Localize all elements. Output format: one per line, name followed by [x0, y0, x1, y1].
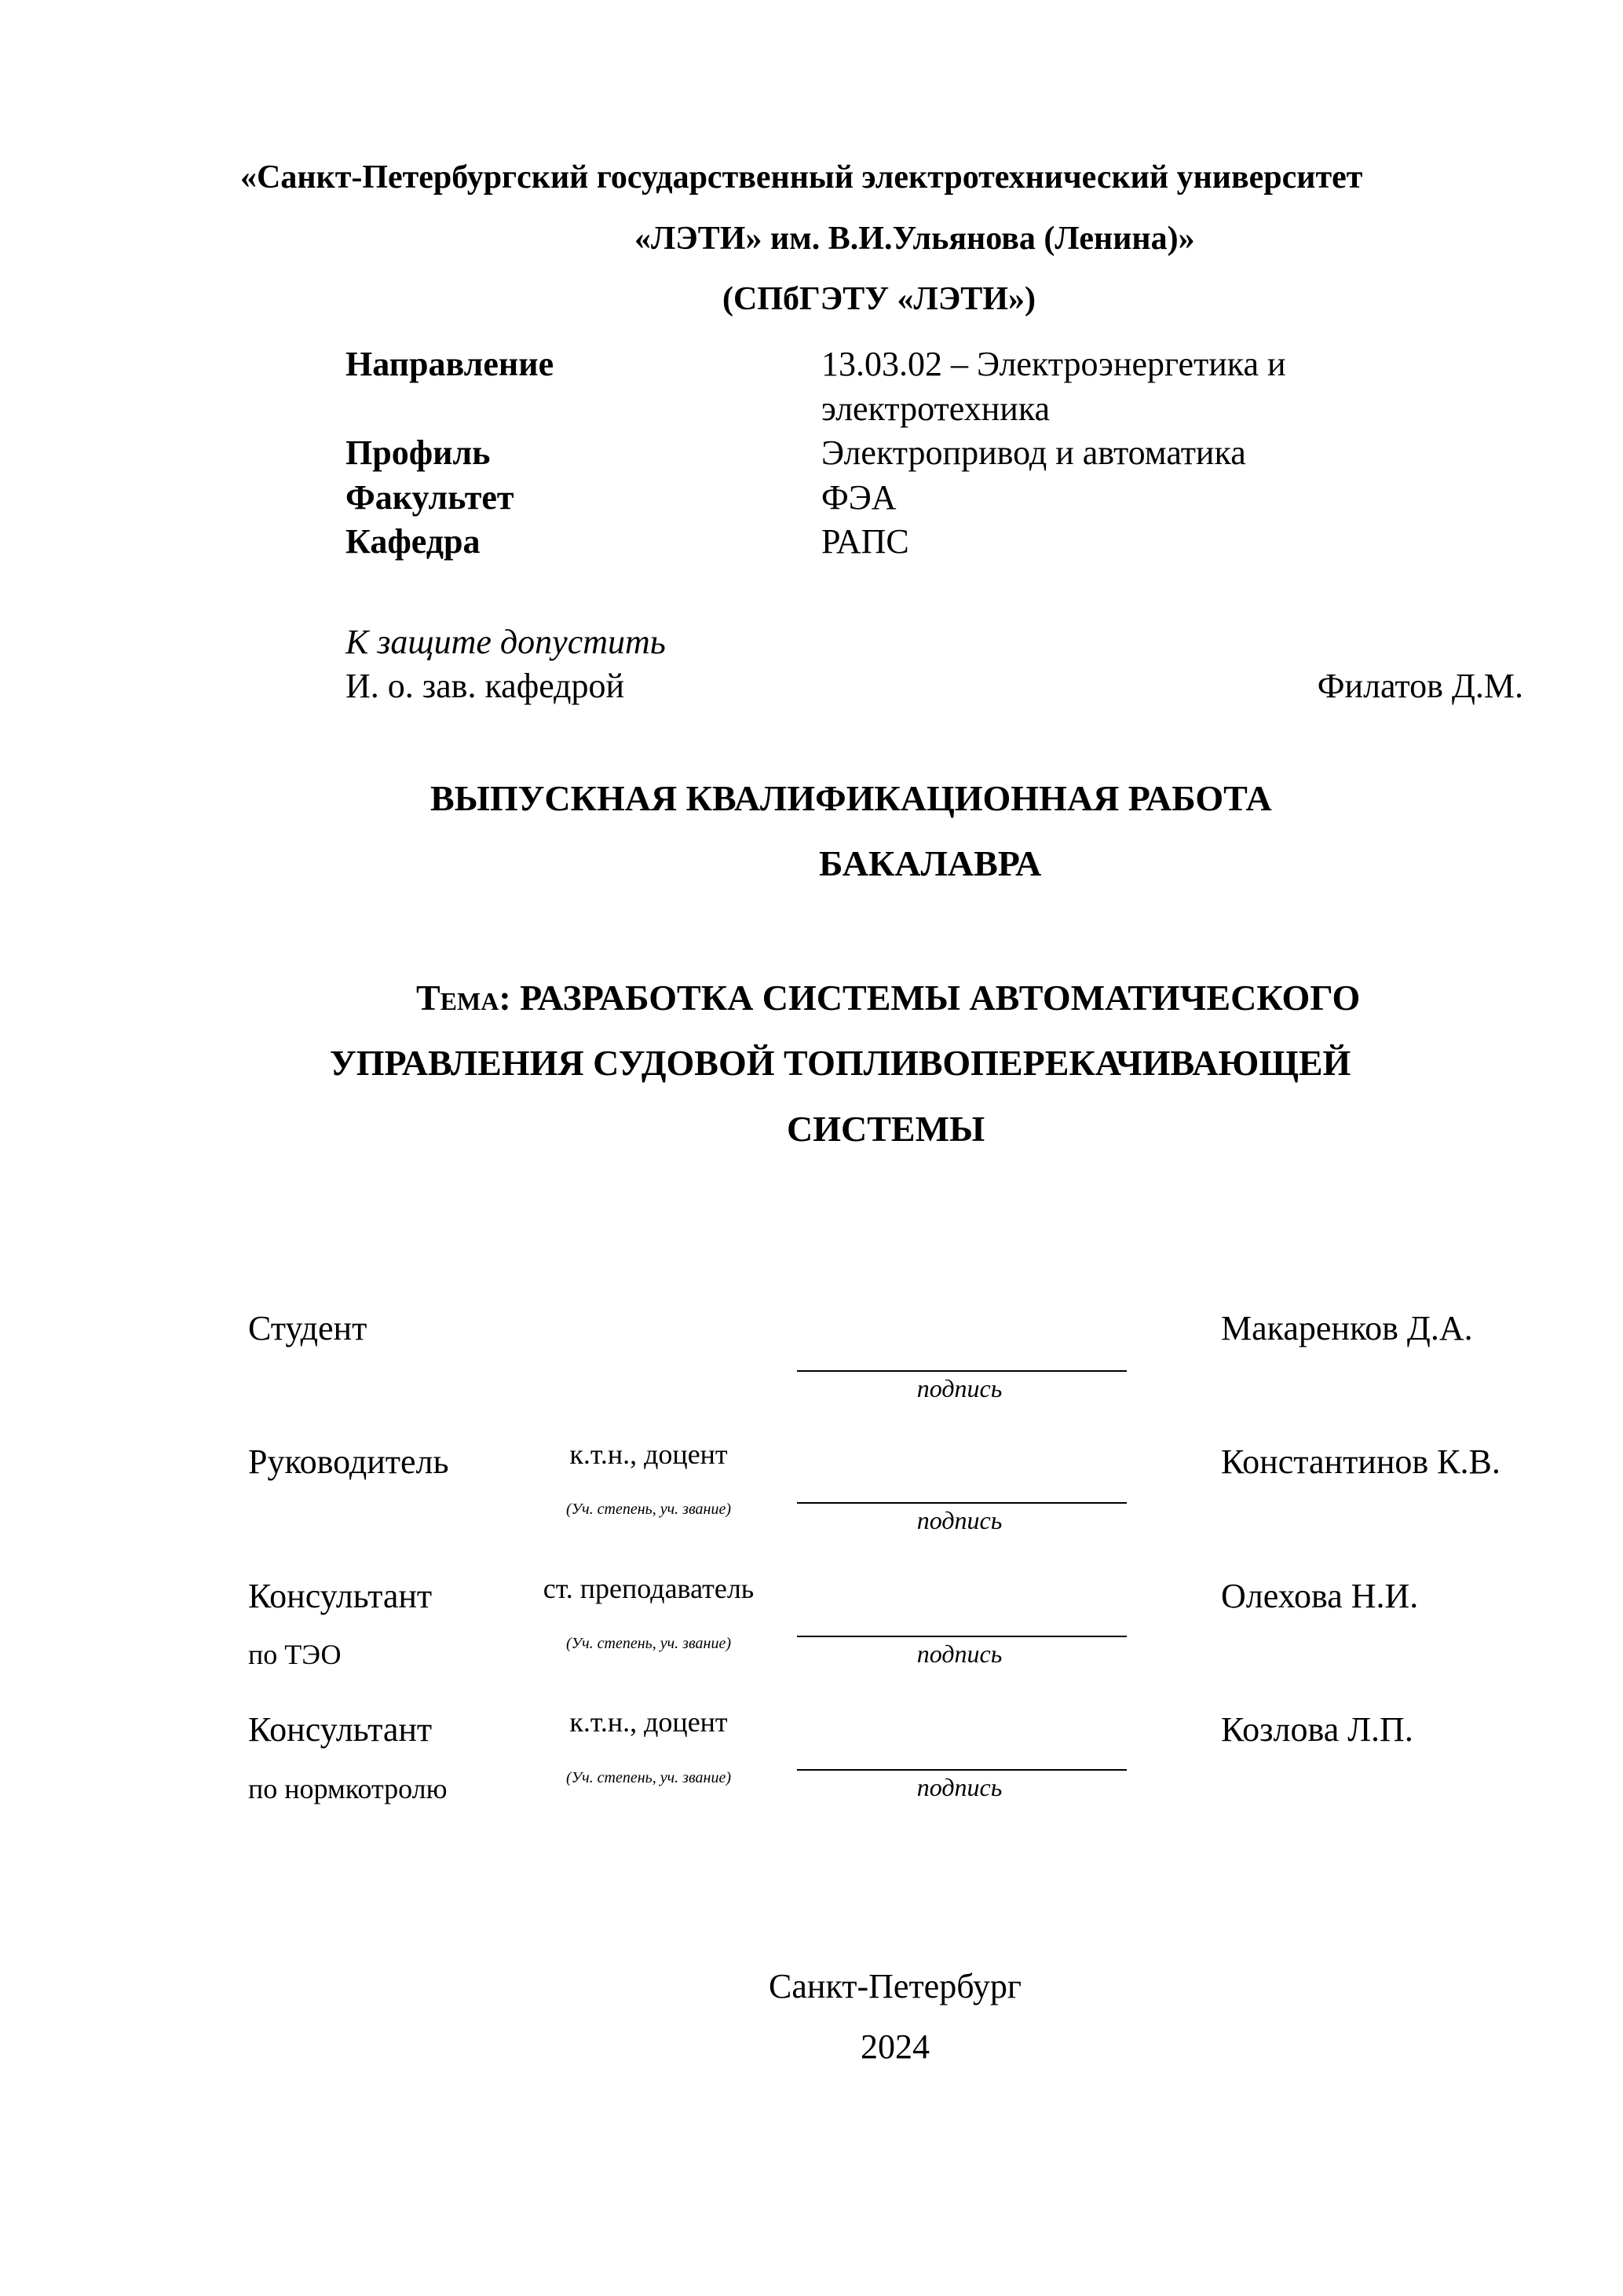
signature-role-consultant-teo-cont: по ТЭО: [248, 1640, 341, 1669]
info-label-faculty: Факультет: [345, 481, 514, 515]
topic-text-line1: РАЗРАБОТКА СИСТЕМЫ АВТОМАТИЧЕСКОГО: [520, 978, 1360, 1018]
degree-caption: (Уч. степень, уч. звание): [566, 1636, 731, 1651]
signature-name-consultant-teo: Олехова Н.И.: [1221, 1579, 1418, 1614]
signature-line: [797, 1502, 1127, 1504]
approval-title: К защите допустить: [345, 625, 666, 660]
info-label-direction: Направление: [345, 347, 554, 382]
topic-prefix: Тема:: [416, 978, 511, 1018]
signature-line: [797, 1769, 1127, 1771]
info-label-profile: Профиль: [345, 436, 490, 470]
signature-line: [797, 1370, 1127, 1372]
info-value-faculty: ФЭА: [821, 481, 897, 515]
work-type-line2: БАКАЛАВРА: [819, 846, 1041, 882]
info-value-direction: 13.03.02 – Электроэнергетика и: [821, 347, 1286, 382]
signature-degree-supervisor: к.т.н., доцент: [569, 1440, 727, 1468]
signature-line: [797, 1636, 1127, 1637]
approval-role: И. о. зав. кафедрой: [345, 669, 624, 704]
signature-caption: подпись: [917, 1775, 1003, 1800]
info-value-department: РАПС: [821, 525, 909, 559]
info-value-profile: Электропривод и автоматика: [821, 436, 1246, 470]
work-type-line1: ВЫПУСКНАЯ КВАЛИФИКАЦИОННАЯ РАБОТА: [430, 781, 1272, 817]
footer-year: 2024: [861, 2030, 930, 2064]
info-value-direction-cont: электротехника: [821, 392, 1050, 426]
university-name-line1: «Санкт-Петербургский государственный эле…: [240, 161, 1362, 194]
university-name-line2: «ЛЭТИ» им. В.И.Ульянова (Ленина)»: [634, 222, 1195, 255]
degree-caption: (Уч. степень, уч. звание): [566, 1770, 731, 1786]
signature-role-consultant-teo: Консультант: [248, 1579, 432, 1614]
topic-line3: СИСТЕМЫ: [787, 1111, 985, 1147]
signature-name-supervisor: Константинов К.В.: [1221, 1445, 1501, 1479]
degree-caption: (Уч. степень, уч. звание): [566, 1501, 731, 1517]
university-abbr: (СПбГЭТУ «ЛЭТИ»): [722, 283, 1036, 316]
signature-degree-consultant-norm: к.т.н., доцент: [569, 1708, 727, 1736]
signature-role-student: Студент: [248, 1311, 367, 1346]
signature-role-consultant-norm: Консультант: [248, 1713, 432, 1747]
signature-caption: подпись: [917, 1376, 1003, 1401]
signature-role-supervisor: Руководитель: [248, 1445, 449, 1479]
topic-line2: УПРАВЛЕНИЯ СУДОВОЙ ТОПЛИВОПЕРЕКАЧИВАЮЩЕЙ: [330, 1045, 1351, 1081]
signature-name-consultant-norm: Козлова Л.П.: [1221, 1713, 1413, 1747]
signature-caption: подпись: [917, 1641, 1003, 1666]
signature-caption: подпись: [917, 1508, 1003, 1533]
topic-line1: Тема: РАЗРАБОТКА СИСТЕМЫ АВТОМАТИЧЕСКОГО: [416, 980, 1360, 1016]
signature-name-student: Макаренков Д.А.: [1221, 1311, 1473, 1346]
approval-name: Филатов Д.М.: [1318, 669, 1523, 704]
info-label-department: Кафедра: [345, 525, 480, 559]
signature-role-consultant-norm-cont: по нормкотролю: [248, 1775, 448, 1803]
signature-degree-consultant-teo: ст. преподаватель: [543, 1574, 754, 1603]
footer-city: Санкт-Петербург: [769, 1969, 1022, 2004]
